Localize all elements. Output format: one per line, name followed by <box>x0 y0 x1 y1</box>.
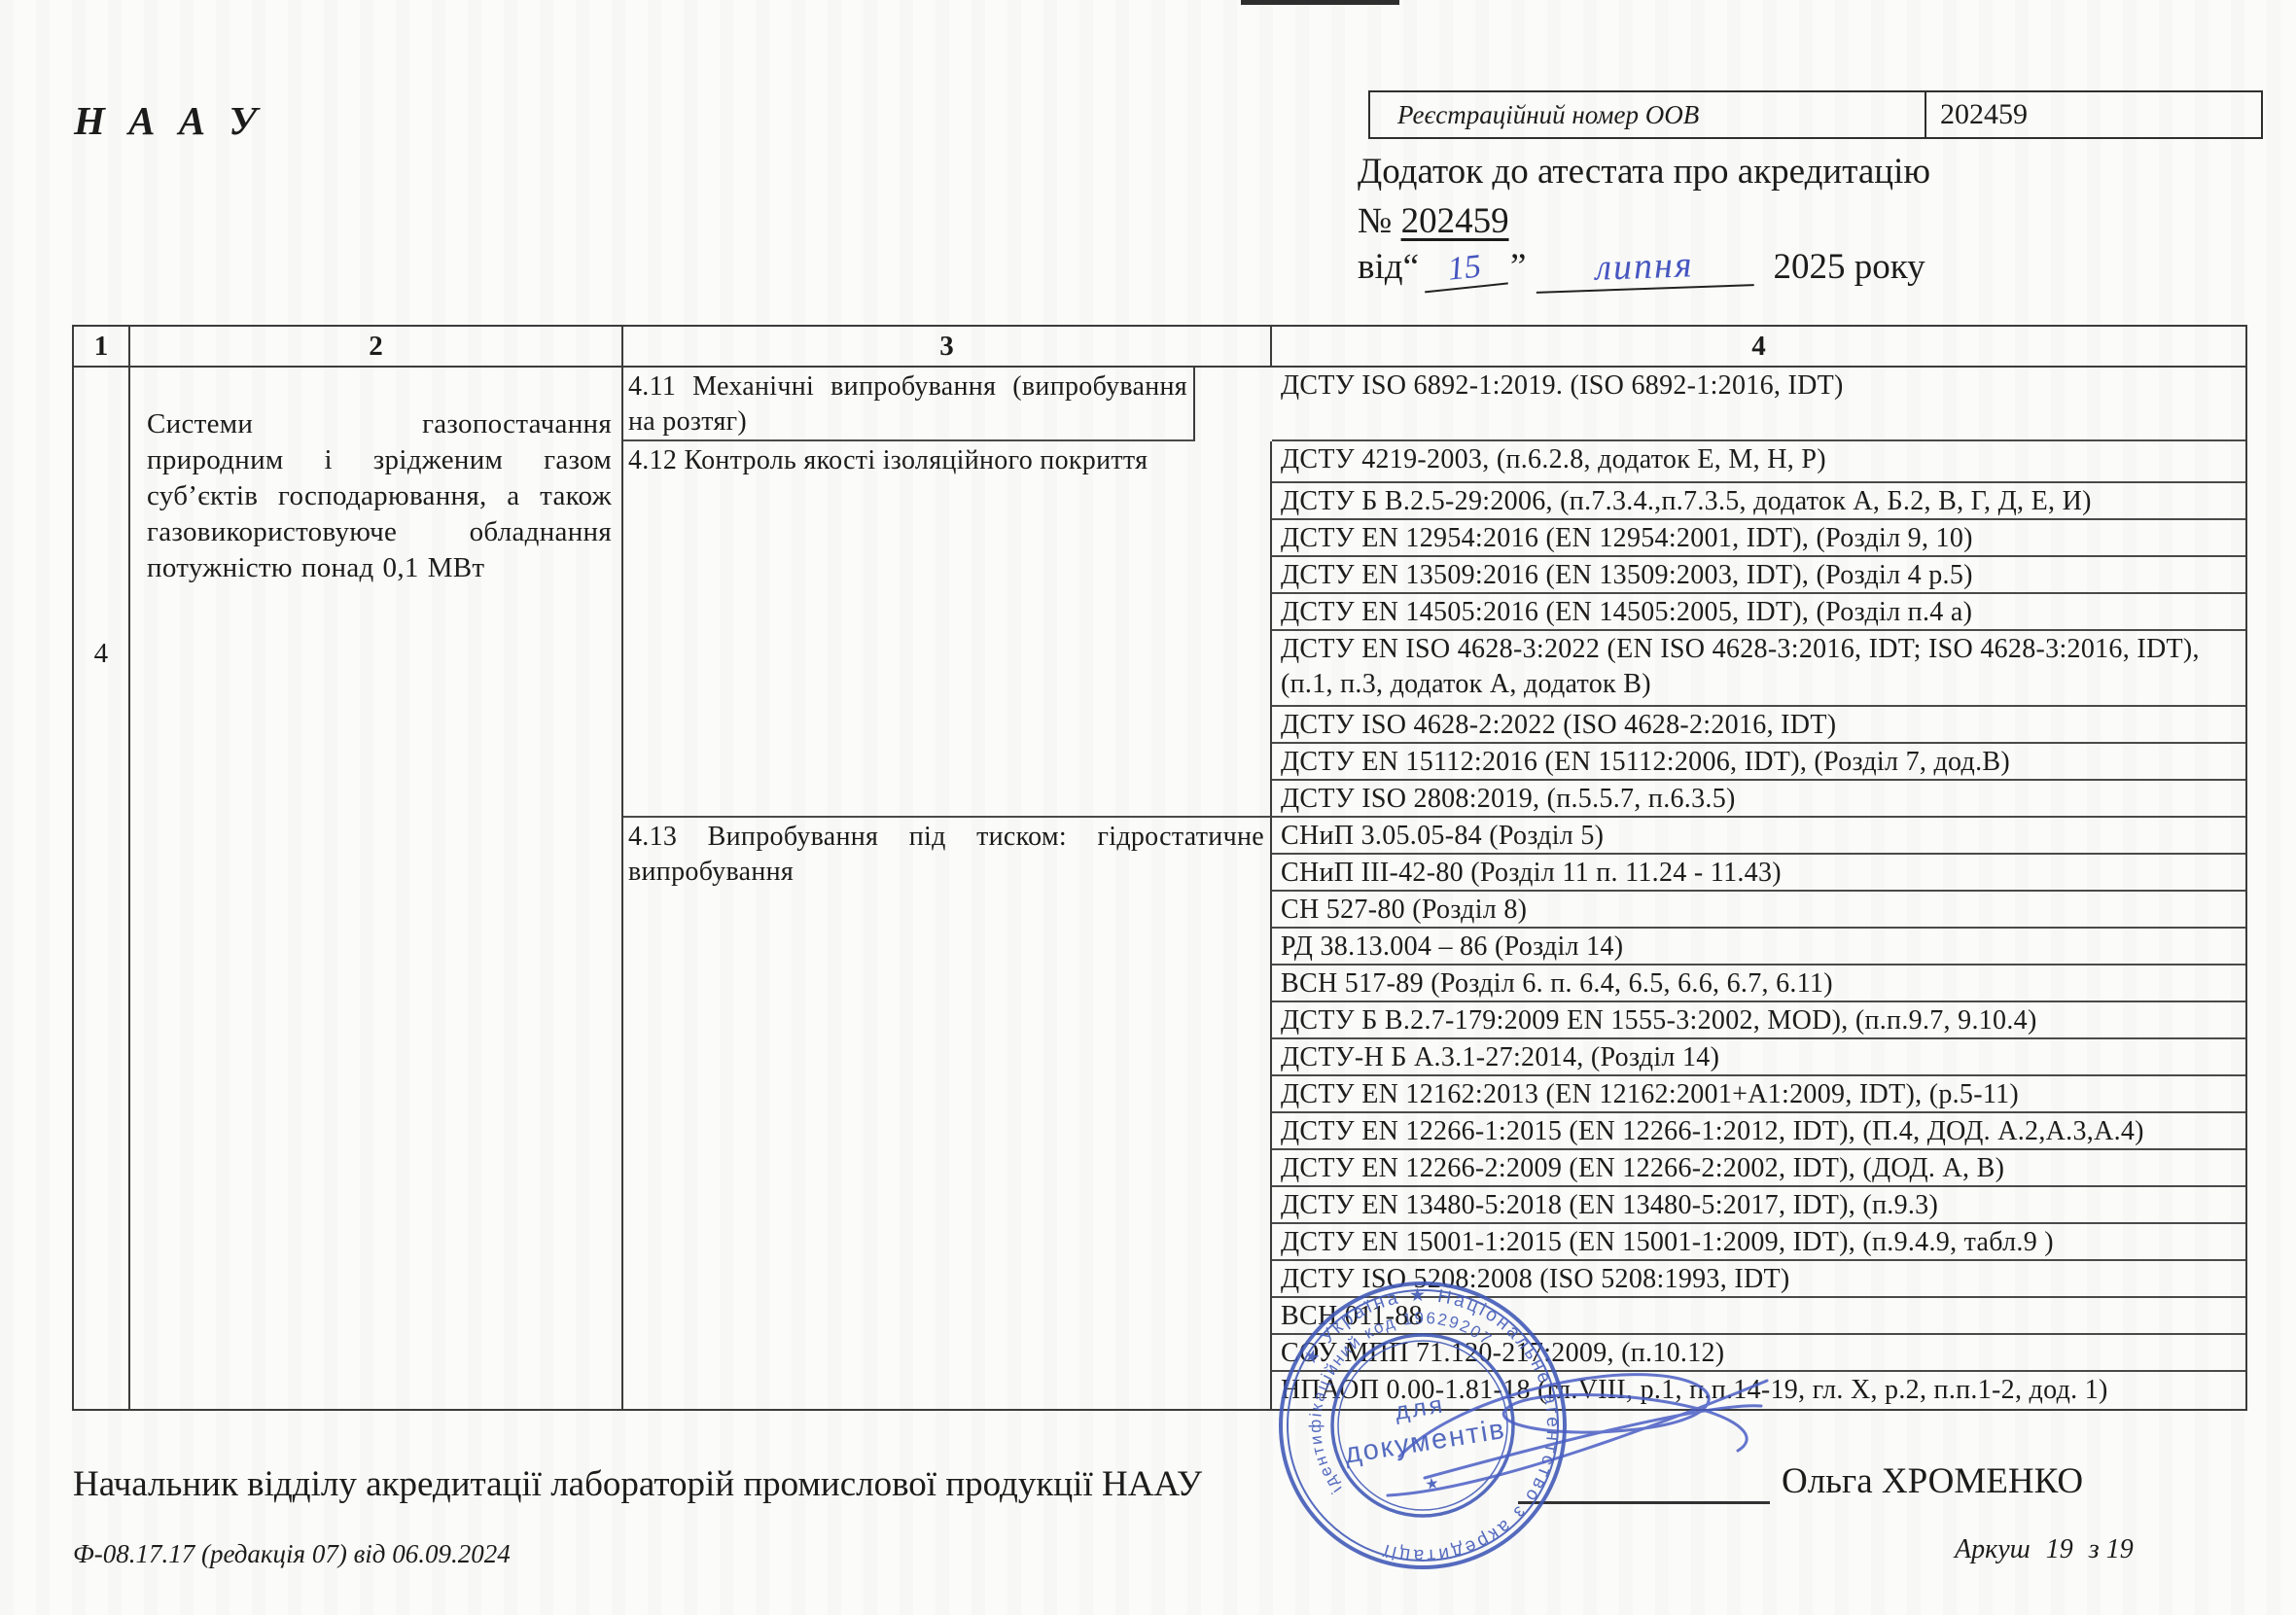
sheet-label: Аркуш <box>1955 1534 2031 1565</box>
column-header-2: 2 <box>130 327 623 368</box>
standard-cell: РД 38.13.004 – 86 (Розділ 14) <box>1272 929 2245 965</box>
date-prefix: від <box>1358 246 1403 288</box>
standard-cell: ДСТУ ISO 6892-1:2019. (ISO 6892-1:2016, … <box>1272 368 2245 441</box>
open-quote: “ <box>1403 246 1419 288</box>
certificate-number: 202459 <box>1401 201 1509 241</box>
object-description-line: газовикористовуючеобладнання <box>147 514 612 550</box>
object-description-cell: Системигазопостачанняприроднимізрідженим… <box>130 368 623 1409</box>
table-body: 4Системигазопостачанняприроднимізріджени… <box>74 368 2245 1409</box>
standard-cell: ДСТУ EN 15112:2016 (EN 15112:2006, IDT),… <box>1272 744 2245 781</box>
row-number-cell: 4 <box>74 368 130 1409</box>
object-description-line: суб’єктівгосподарювання,атакож <box>147 478 612 514</box>
sheet-total: з 19 <box>2089 1534 2134 1565</box>
column-header-4: 4 <box>1272 327 2245 368</box>
signer-title: Начальник відділу акредитації лабораторі… <box>73 1463 1202 1505</box>
standard-cell: СНиП 3.05.05-84 (Розділ 5) <box>1272 818 2245 855</box>
close-quote: ” <box>1510 246 1526 288</box>
standard-cell: ВСН 517-89 (Розділ 6. п. 6.4, 6.5, 6.6, … <box>1272 965 2245 1002</box>
standard-cell: ДСТУ Б В.2.7-179:2009 EN 1555-3:2002, MO… <box>1272 1002 2245 1039</box>
signature-name: Ольга ХРОМЕНКО <box>1782 1460 2083 1502</box>
standard-cell: ДСТУ EN 14505:2016 (EN 14505:2005, IDT),… <box>1272 594 2245 631</box>
column-header-1: 1 <box>74 327 130 368</box>
table-header-row: 1234 <box>74 327 2245 368</box>
accreditation-scope-table: 1234 4Системигазопостачанняприроднимізрі… <box>72 325 2247 1411</box>
scan-artifact-line <box>1241 0 1399 5</box>
sheet-counter: Аркуш 19 з 19 <box>1955 1534 2134 1565</box>
registration-value: 202459 <box>1926 92 2261 137</box>
standard-cell: ДСТУ EN 13509:2016 (EN 13509:2003, IDT),… <box>1272 557 2245 594</box>
certificate-number-line: № 202459 <box>1358 200 1509 242</box>
column-header-3: 3 <box>623 327 1272 368</box>
date-line: від “ 15 ” липня 2025 року <box>1358 245 1925 290</box>
handwritten-month: липня <box>1536 241 1754 294</box>
method-cell: 4.13 Випробування під тиском: гідростати… <box>623 818 1272 1409</box>
object-description-line: Системигазопостачання <box>147 406 612 442</box>
standard-cell: ДСТУ EN 12266-2:2009 (EN 12266-2:2002, I… <box>1272 1150 2245 1187</box>
standard-cell: ДСТУ Б В.2.5-29:2006, (п.7.3.4.,п.7.3.5,… <box>1272 483 2245 520</box>
standard-cell: ДСТУ EN 12162:2013 (EN 12162:2001+A1:200… <box>1272 1076 2245 1113</box>
registration-label: Реєстраційний номер ООВ <box>1370 92 1926 137</box>
date-year: 2025 року <box>1773 246 1925 288</box>
standard-cell: ДСТУ-Н Б А.3.1-27:2014, (Розділ 14) <box>1272 1039 2245 1076</box>
standard-cell: СНиП ІІІ-42-80 (Розділ 11 п. 11.24 - 11.… <box>1272 855 2245 892</box>
form-code: Ф-08.17.17 (редакція 07) від 06.09.2024 <box>73 1539 511 1569</box>
standard-cell: СН 527-80 (Розділ 8) <box>1272 892 2245 929</box>
standard-cell: ДСТУ ISO 4628-2:2022 (ISO 4628-2:2016, I… <box>1272 707 2245 744</box>
object-description-line: природнимізрідженимгазом <box>147 442 612 478</box>
sheet-number: 19 <box>2046 1534 2073 1565</box>
standard-cell: ДСТУ EN 13480-5:2018 (EN 13480-5:2017, I… <box>1272 1187 2245 1224</box>
naau-logo: Н А А У <box>74 97 264 144</box>
standard-cell: ДСТУ EN 15001-1:2015 (EN 15001-1:2009, I… <box>1272 1224 2245 1261</box>
handwritten-signature <box>1386 1359 1775 1520</box>
document-title: Додаток до атестата про акредитацію <box>1358 151 1930 193</box>
handwritten-day: 15 <box>1421 246 1508 294</box>
method-cell: 4.12 Контроль якості ізоляційного покрит… <box>623 441 1272 818</box>
standard-cell: ДСТУ ISO 2808:2019, (п.5.5.7, п.6.3.5) <box>1272 781 2245 818</box>
standard-cell: ДСТУ EN 12266-1:2015 (EN 12266-1:2012, I… <box>1272 1113 2245 1150</box>
registration-box: Реєстраційний номер ООВ 202459 <box>1368 90 2263 139</box>
number-prefix: № <box>1358 201 1392 241</box>
standard-cell: ДСТУ EN 12954:2016 (EN 12954:2001, IDT),… <box>1272 520 2245 557</box>
method-cell: 4.11 Механічні випробування (випробуванн… <box>623 368 1195 441</box>
standard-cell: ДСТУ EN ISO 4628-3:2022 (EN ISO 4628-3:2… <box>1272 631 2245 707</box>
standard-cell: ДСТУ 4219-2003, (п.6.2.8, додаток Е, М, … <box>1272 441 2245 483</box>
object-description-line: потужністюпонад0,1МВт <box>147 550 612 586</box>
